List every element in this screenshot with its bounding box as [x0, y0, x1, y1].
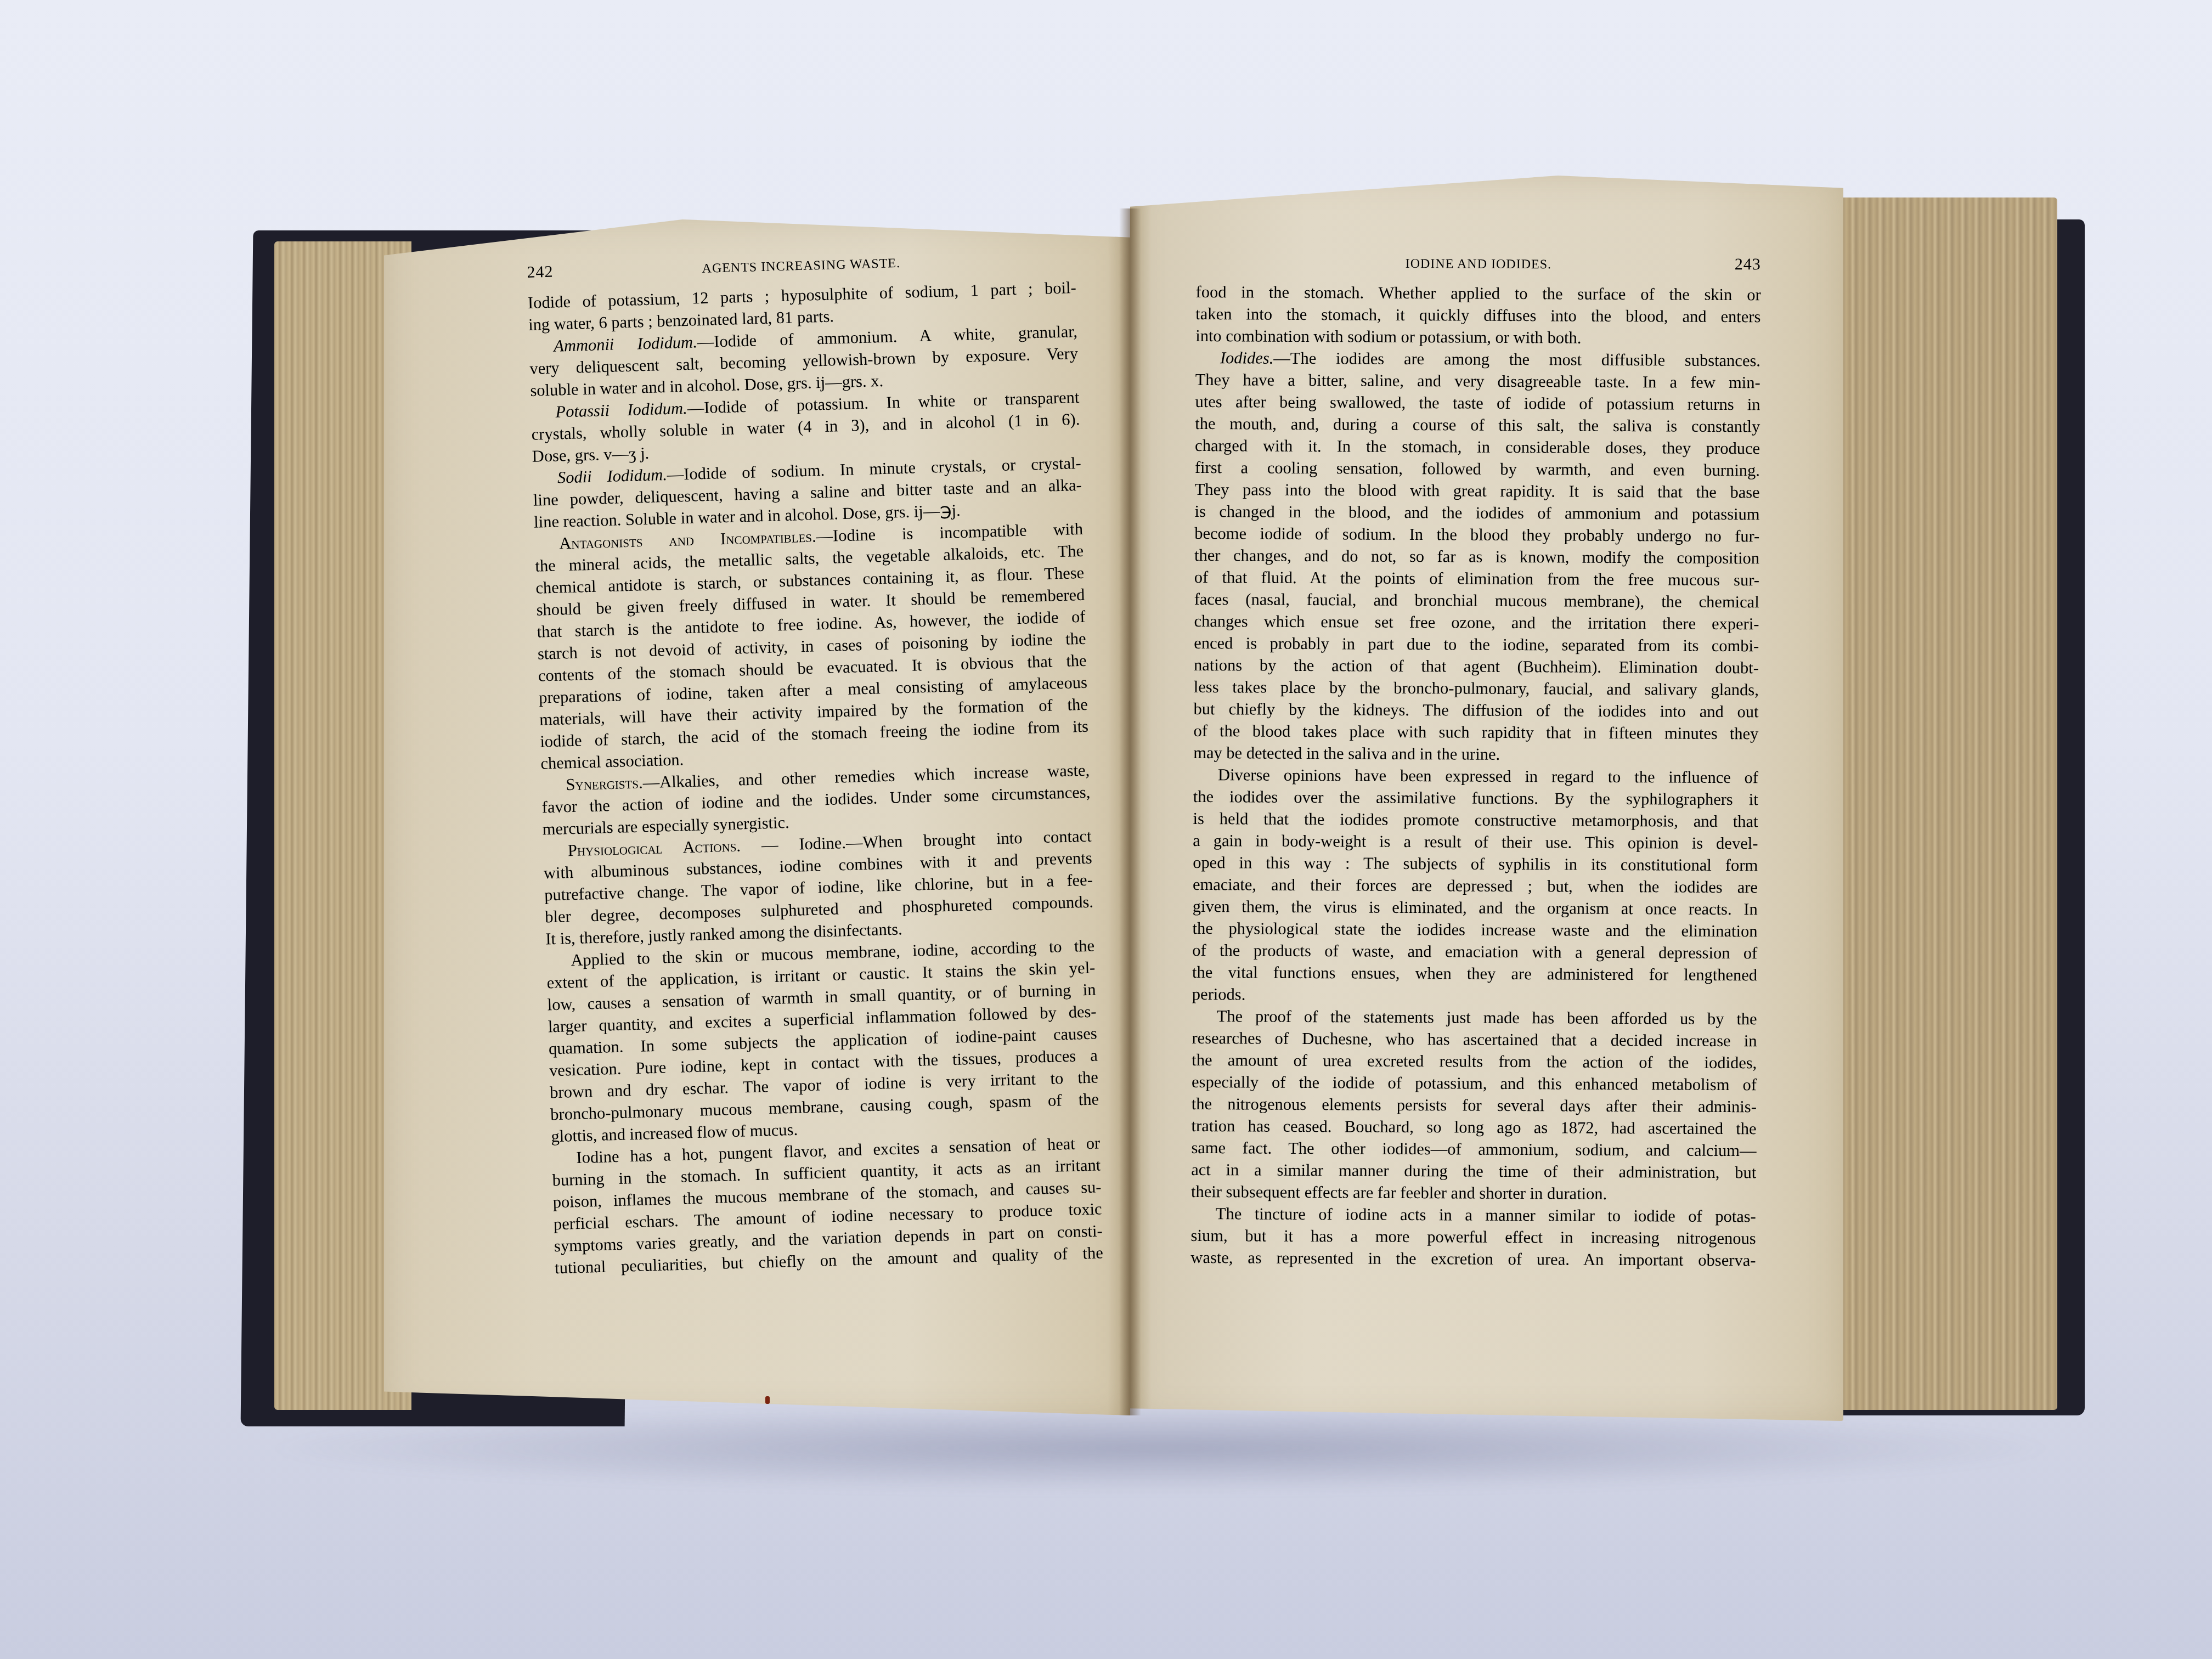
line-text: become iodide of sodium. In the blood th… [1194, 524, 1759, 545]
text-line: tration has ceased. Bouchard, so long ag… [1192, 1115, 1757, 1139]
line-text: charged with it. In the stomach, in cons… [1195, 436, 1760, 458]
section-lead: Sodii Iodidum. [557, 465, 667, 487]
text-line: is changed in the blood, and the iodides… [1194, 500, 1759, 525]
page-number-left: 242 [527, 263, 554, 282]
section-lead: Potassii Iodidum. [555, 399, 687, 421]
line-text: The tincture of iodine acts in a manner … [1216, 1204, 1756, 1226]
section-lead: Iodides. [1220, 348, 1274, 368]
line-text: the nitrogenous elements persists for se… [1192, 1094, 1757, 1116]
text-line: a gain in body-weight is a result of the… [1193, 830, 1758, 854]
left-page-body: Iodide of potassium, 12 parts ; hyposulp… [527, 276, 1103, 1279]
text-line: the vital functions ensues, when they ar… [1192, 961, 1757, 986]
text-line: emaciate, and their forces are depressed… [1193, 873, 1758, 898]
line-text: taken into the stomach, it quickly diffu… [1195, 304, 1760, 326]
line-text: of the products of waste, and emaciation… [1192, 941, 1757, 962]
text-line: Diverse opinions have been expressed in … [1193, 764, 1758, 788]
line-text: They pass into the blood with great rapi… [1195, 480, 1760, 501]
text-line: the amount of urea excreted results from… [1192, 1049, 1757, 1074]
line-text: less takes place by the broncho-pulmonar… [1194, 678, 1759, 699]
right-page-text: 000 IODINE AND IODIDES. 243 food in the … [1190, 252, 1761, 1271]
page-edges-right [1832, 198, 2057, 1410]
text-line: same fact. The other iodides—of ammonium… [1191, 1137, 1756, 1161]
text-line: less takes place by the broncho-pulmonar… [1194, 676, 1759, 701]
text-line: faces (nasal, faucial, and bronchial muc… [1194, 588, 1759, 613]
line-text: changes which ensue set free ozone, and … [1194, 612, 1759, 633]
line-text: act in a similar manner during the time … [1191, 1160, 1756, 1182]
text-line: The tincture of iodine acts in a manner … [1191, 1203, 1756, 1227]
section-lead: Synergists. [566, 773, 643, 794]
line-text: oped in this way : The subjects of syphi… [1193, 853, 1758, 874]
line-text: the mouth, and, during a course of this … [1195, 414, 1760, 436]
text-line: nations by the action of that agent (Buc… [1194, 654, 1759, 679]
right-page-body: food in the stomach. Whether applied to … [1190, 281, 1760, 1271]
line-text: faces (nasal, faucial, and bronchial muc… [1194, 590, 1759, 611]
line-text: especially of the iodide of potassium, a… [1192, 1073, 1757, 1094]
line-text: Diverse opinions have been expressed in … [1218, 765, 1758, 787]
line-text: same fact. The other iodides—of ammonium… [1191, 1138, 1756, 1160]
text-line: but chiefly by the kidneys. The diffusio… [1194, 698, 1759, 723]
line-text: given them, the virus is eliminated, and… [1193, 897, 1758, 918]
section-lead: Physiological Actions. [567, 837, 741, 860]
text-line: the nitrogenous elements persists for se… [1192, 1093, 1757, 1118]
line-text: a gain in body-weight is a result of the… [1193, 831, 1758, 853]
line-text: their subsequent effects are far feebler… [1191, 1182, 1607, 1203]
running-head-title-right: IODINE AND IODIDES. [1222, 256, 1735, 273]
text-line: sium, but it has a more powerful effect … [1191, 1224, 1756, 1249]
left-page-text: 242 AGENTS INCREASING WASTE. 000 Iodide … [527, 248, 1103, 1279]
right-running-head: 000 IODINE AND IODIDES. 243 [1196, 252, 1761, 274]
text-line: researches of Duchesne, who has ascertai… [1192, 1027, 1757, 1052]
line-text: emaciate, and their forces are depressed… [1193, 875, 1758, 896]
line-text: of that fluid. At the points of eliminat… [1194, 568, 1759, 589]
line-text: but chiefly by the kidneys. The diffusio… [1194, 699, 1759, 721]
line-text: nations by the action of that agent (Buc… [1194, 656, 1759, 677]
text-line: first a cooling sensation, followed by w… [1195, 456, 1760, 481]
binding-thread-mark [765, 1396, 770, 1404]
text-line: of that fluid. At the points of eliminat… [1194, 566, 1759, 591]
line-text: the vital functions ensues, when they ar… [1192, 963, 1757, 984]
text-line: They have a bitter, saline, and very dis… [1195, 369, 1760, 393]
text-line: is held that the iodides promote constru… [1193, 808, 1758, 832]
line-text: first a cooling sensation, followed by w… [1195, 458, 1760, 479]
line-text: waste, as represented in the excretion o… [1190, 1248, 1756, 1269]
book-gutter [1119, 208, 1141, 1415]
page-number-right: 243 [1735, 255, 1761, 274]
line-text: food in the stomach. Whether applied to … [1196, 283, 1761, 304]
text-line: charged with it. In the stomach, in cons… [1195, 435, 1760, 459]
text-line: utes after being swallowed, the taste of… [1195, 391, 1760, 415]
line-text: the amount of urea excreted results from… [1192, 1051, 1757, 1072]
text-line: of the products of waste, and emaciation… [1192, 939, 1757, 964]
section-lead: Ammonii Iodidum. [554, 332, 697, 355]
text-line: oped in this way : The subjects of syphi… [1193, 851, 1758, 876]
line-text: periods. [1192, 985, 1246, 1004]
line-text: chemical association. [540, 750, 684, 772]
text-line: the iodides over the assimilative functi… [1193, 786, 1758, 810]
line-text: They have a bitter, saline, and very dis… [1195, 370, 1760, 392]
text-line: They pass into the blood with great rapi… [1195, 478, 1760, 503]
line-text: may be detected in the saliva and in the… [1193, 743, 1500, 764]
line-text: of the blood takes place with such rapid… [1193, 721, 1758, 743]
text-line: given them, the virus is eliminated, and… [1193, 895, 1758, 920]
line-text: Dose, grs. v—ʒ j. [532, 444, 649, 466]
text-line: the mouth, and, during a course of this … [1195, 413, 1760, 437]
text-line: act in a similar manner during the time … [1191, 1159, 1756, 1183]
line-text: is held that the iodides promote constru… [1193, 809, 1758, 831]
text-line: changes which ensue set free ozone, and … [1194, 610, 1759, 635]
line-text: the iodides over the assimilative functi… [1193, 787, 1758, 809]
text-line: The proof of the statements just made ha… [1192, 1005, 1757, 1030]
line-text: utes after being swallowed, the taste of… [1195, 392, 1760, 414]
line-text: —The iodides are among the most diffusib… [1273, 349, 1760, 370]
line-text: ther changes, and do not, so far as is k… [1194, 546, 1759, 567]
text-line: periods. [1192, 983, 1757, 1008]
text-line: enced is probably in part due to the iod… [1194, 632, 1759, 657]
text-line: waste, as represented in the excretion o… [1190, 1246, 1756, 1271]
line-text: The proof of the statements just made ha… [1217, 1007, 1757, 1028]
text-line: food in the stomach. Whether applied to … [1196, 281, 1761, 306]
text-line: the physiological state the iodides incr… [1192, 917, 1757, 942]
line-text: sium, but it has a more powerful effect … [1191, 1226, 1756, 1248]
text-line: ther changes, and do not, so far as is k… [1194, 544, 1759, 569]
line-text: enced is probably in part due to the iod… [1194, 634, 1759, 655]
text-line: become iodide of sodium. In the blood th… [1194, 522, 1759, 547]
line-text: is changed in the blood, and the iodides… [1194, 502, 1759, 523]
text-line: may be detected in the saliva and in the… [1193, 742, 1758, 766]
text-line: especially of the iodide of potassium, a… [1192, 1071, 1757, 1096]
line-text: into combination with sodium or potassiu… [1195, 326, 1581, 347]
line-text: researches of Duchesne, who has ascertai… [1192, 1029, 1757, 1050]
line-text: the physiological state the iodides incr… [1192, 919, 1757, 940]
text-line: of the blood takes place with such rapid… [1193, 720, 1758, 744]
text-line: taken into the stomach, it quickly diffu… [1195, 303, 1760, 328]
line-text: tration has ceased. Bouchard, so long ag… [1192, 1116, 1757, 1138]
text-line: into combination with sodium or potassiu… [1195, 325, 1760, 349]
text-line: Iodides.—The iodides are among the most … [1195, 347, 1760, 371]
text-line: their subsequent effects are far feebler… [1191, 1181, 1756, 1205]
